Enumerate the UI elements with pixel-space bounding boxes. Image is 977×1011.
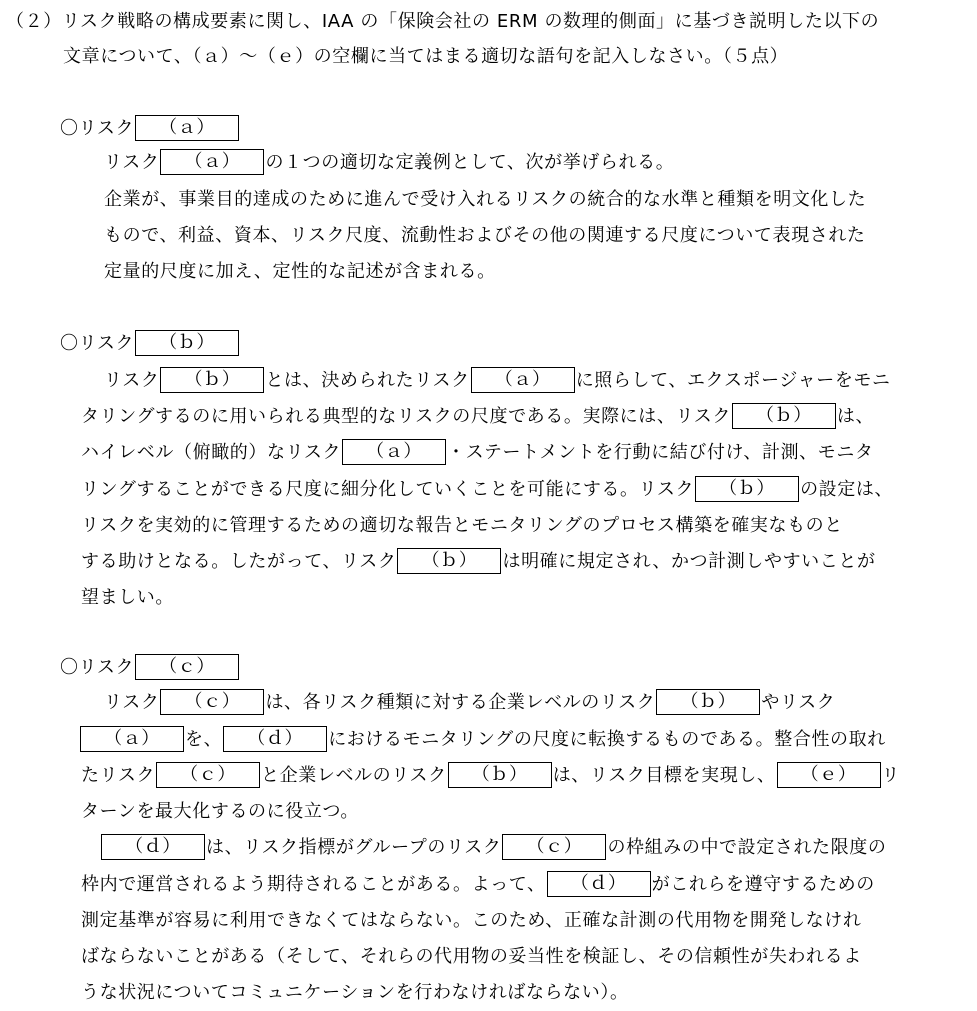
blank-b[interactable]: （ｂ） (695, 476, 799, 502)
instruction-text: リスク戦略の構成要素に関し、IAA の「保険会社の ERM の数理的側面」に基づ… (62, 11, 879, 32)
text: の枠組みの中で設定された限度の (607, 837, 886, 858)
text: の１つの適切な定義例として、次が挙げられる。 (265, 152, 674, 173)
section-b-line-7: 望ましい。 (81, 585, 174, 611)
text: は、 (837, 406, 874, 427)
text: 定量的尺度に加え、定性的な記述が含まれる。 (104, 261, 496, 282)
text: と企業レベルのリスク (261, 765, 447, 786)
instruction-text: 文章について、（ａ）～（ｅ）の空欄に当てはまる適切な語句を記入しなさい。（５点） (63, 46, 788, 67)
text: タリングするのに用いられる典型的なリスクの尺度である。実際には、リスク (81, 406, 731, 427)
text: は明確に規定され、かつ計測しやすいことが (502, 551, 875, 572)
blank-b[interactable]: （ｂ） (160, 367, 264, 393)
blank-c[interactable]: （ｃ） (502, 834, 606, 860)
question-instruction-line-1: （２）リスク戦略の構成要素に関し、IAA の「保険会社の ERM の数理的側面」… (6, 9, 879, 35)
text: リングすることができる尺度に細分化していくことを可能にする。リスク (81, 479, 694, 500)
question-number: （２） (6, 11, 62, 32)
blank-a[interactable]: （ａ） (135, 115, 239, 141)
section-c-heading: 〇リスク（ｃ） (60, 655, 240, 681)
text: ハイレベル（俯瞰的）なリスク (81, 442, 341, 463)
section-b-line-1: リスク（ｂ）とは、決められたリスク（ａ）に照らして、エクスポージャーをモニ (104, 368, 891, 394)
text: は、リスク指標がグループのリスク (206, 837, 501, 858)
text: 望ましい。 (81, 587, 174, 608)
blank-b[interactable]: （ｂ） (135, 330, 239, 356)
blank-d[interactable]: （ｄ） (547, 871, 651, 897)
blank-d[interactable]: （ｄ） (223, 726, 327, 752)
section-c-line-2: （ａ）を、（ｄ）におけるモニタリングの尺度に転換するものである。整合性の取れ (80, 727, 886, 753)
section-a-line-2: 企業が、事業目的達成のために進んで受け入れるリスクの統合的な水準と種類を明文化し… (104, 187, 866, 213)
text: リスク (104, 692, 159, 713)
section-b-line-2: タリングするのに用いられる典型的なリスクの尺度である。実際には、リスク（ｂ）は、 (81, 404, 874, 430)
text: リ (882, 765, 901, 786)
blank-c[interactable]: （ｃ） (135, 654, 239, 680)
blank-b[interactable]: （ｂ） (448, 762, 552, 788)
section-a-heading: 〇リスク（ａ） (60, 116, 240, 142)
section-b-line-6: する助けとなる。したがって、リスク（ｂ）は明確に規定され、かつ計測しやすいことが (81, 549, 876, 575)
section-a-line-4: 定量的尺度に加え、定性的な記述が含まれる。 (104, 259, 496, 285)
blank-a[interactable]: （ａ） (342, 439, 446, 465)
blank-a[interactable]: （ａ） (80, 726, 184, 752)
question-instruction-line-2: 文章について、（ａ）～（ｅ）の空欄に当てはまる適切な語句を記入しなさい。（５点） (63, 44, 788, 70)
section-heading-label: 〇リスク (60, 118, 134, 139)
blank-c[interactable]: （ｃ） (160, 689, 264, 715)
text: 測定基準が容易に利用できなくてはならない。このため、正確な計測の代用物を開発しな… (81, 910, 861, 931)
section-a-line-3: もので、利益、資本、リスク尺度、流動性およびその他の関連する尺度について表現され… (104, 223, 866, 249)
section-b-line-3: ハイレベル（俯瞰的）なリスク（ａ）・ステートメントを行動に結び付け、計測、モニタ (81, 440, 874, 466)
section-c-para2-line-2: 枠内で運営されるよう期待されることがある。よって、（ｄ）がこれらを遵守するための (81, 872, 875, 898)
text: に照らして、エクスポージャーをモニ (576, 370, 891, 391)
text: リスク (104, 152, 159, 173)
section-c-para2-line-5: うな状況についてコミュニケーションを行わなければならない）。 (81, 980, 629, 1006)
section-heading-label: 〇リスク (60, 333, 134, 354)
text: ・ステートメントを行動に結び付け、計測、モニタ (447, 442, 874, 463)
blank-a[interactable]: （ａ） (160, 149, 264, 175)
section-c-para2-line-1: （ｄ）は、リスク指標がグループのリスク（ｃ）の枠組みの中で設定された限度の (101, 835, 886, 861)
text: がこれらを遵守するための (652, 874, 875, 895)
section-heading-label: 〇リスク (60, 657, 134, 678)
blank-b[interactable]: （ｂ） (397, 548, 501, 574)
text: やリスク (761, 692, 835, 713)
text: を、 (185, 729, 222, 750)
blank-b[interactable]: （ｂ） (656, 689, 760, 715)
text: 枠内で運営されるよう期待されることがある。よって、 (81, 874, 546, 895)
text: たリスク (81, 765, 155, 786)
text: リスクを実効的に管理するための適切な報告とモニタリングのプロセス構築を確実なもの… (81, 515, 843, 536)
section-c-line-1: リスク（ｃ）は、各リスク種類に対する企業レベルのリスク（ｂ）やリスク (104, 690, 835, 716)
text: の設定は、 (800, 479, 893, 500)
text: もので、利益、資本、リスク尺度、流動性およびその他の関連する尺度について表現され… (104, 225, 866, 246)
blank-e[interactable]: （ｅ） (777, 762, 881, 788)
section-b-line-5: リスクを実効的に管理するための適切な報告とモニタリングのプロセス構築を確実なもの… (81, 513, 843, 539)
section-c-line-3: たリスク（ｃ）と企業レベルのリスク（ｂ）は、リスク目標を実現し、（ｅ）リ (81, 763, 900, 789)
text: うな状況についてコミュニケーションを行わなければならない）。 (81, 982, 629, 1003)
blank-b[interactable]: （ｂ） (732, 403, 836, 429)
blank-d[interactable]: （ｄ） (101, 834, 205, 860)
section-a-line-1: リスク（ａ）の１つの適切な定義例として、次が挙げられる。 (104, 150, 674, 176)
section-b-heading: 〇リスク（ｂ） (60, 331, 240, 357)
text: リスク (104, 370, 159, 391)
section-c-para2-line-3: 測定基準が容易に利用できなくてはならない。このため、正確な計測の代用物を開発しな… (81, 908, 861, 934)
text: におけるモニタリングの尺度に転換するものである。整合性の取れ (328, 729, 886, 750)
text: 企業が、事業目的達成のために進んで受け入れるリスクの統合的な水準と種類を明文化し… (104, 189, 866, 210)
section-b-line-4: リングすることができる尺度に細分化していくことを可能にする。リスク（ｂ）の設定は… (81, 477, 893, 503)
section-c-para2-line-4: ばならないことがある（そして、それらの代用物の妥当性を検証し、その信頼性が失われ… (81, 944, 862, 970)
section-c-line-4: ターンを最大化するのに役立つ。 (81, 799, 359, 825)
blank-c[interactable]: （ｃ） (156, 762, 260, 788)
text: ばならないことがある（そして、それらの代用物の妥当性を検証し、その信頼性が失われ… (81, 946, 862, 967)
text: ターンを最大化するのに役立つ。 (81, 801, 359, 822)
text: する助けとなる。したがって、リスク (81, 551, 396, 572)
text: は、各リスク種類に対する企業レベルのリスク (265, 692, 655, 713)
blank-a[interactable]: （ａ） (471, 367, 575, 393)
text: とは、決められたリスク (265, 370, 469, 391)
text: は、リスク目標を実現し、 (553, 765, 776, 786)
